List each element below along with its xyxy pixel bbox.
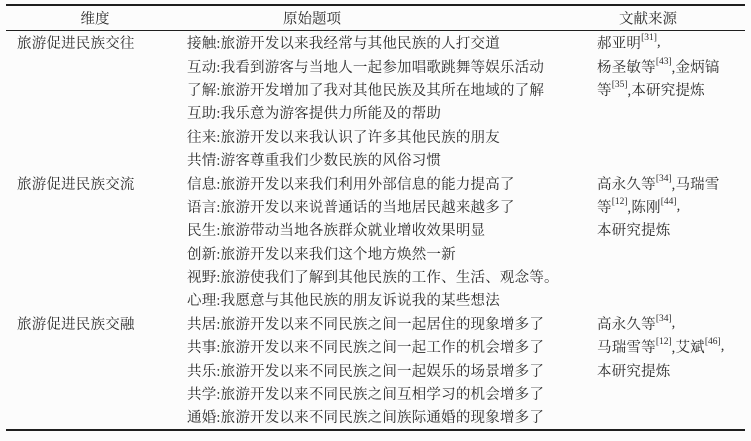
dimension-cell: 旅游促进民族交融 (0, 312, 187, 429)
citation-superscript: [35] (612, 80, 628, 90)
source-line: 高永久等[34], (597, 312, 751, 335)
source-text: 杨圣敏等 (597, 56, 656, 77)
citation-superscript: [31] (641, 33, 657, 43)
source-line: 本研究提炼 (597, 218, 751, 241)
item-line: 共情:游客尊重我们少数民族的风俗习惯 (187, 148, 597, 171)
table-section-row: 旅游促进民族交融共居:旅游开发以来不同民族之间一起居住的现象增多了共事:旅游开发… (0, 312, 751, 429)
source-line: 等[35],本研究提炼 (597, 78, 751, 101)
table-body: 旅游促进民族交往接触:旅游开发以来我经常与其他民族的人打交道互动:我看到游客与当… (0, 31, 751, 429)
source-text: , (677, 198, 681, 215)
column-header-dimension: 维度 (81, 7, 110, 28)
item-line: 心理:我愿意与其他民族的朋友诉说我的某些想法 (187, 288, 597, 311)
citation-superscript: [46] (705, 337, 721, 347)
items-cell: 信息:旅游开发以来我们利用外部信息的能力提高了语言:旅游开发以来说普通话的当地居… (187, 171, 597, 311)
item-line: 接触:旅游开发以来我经常与其他民族的人打交道 (187, 31, 597, 54)
item-line: 了解:旅游开发增加了我对其他民族及其所在地域的了解 (187, 78, 597, 101)
item-line: 语言:旅游开发以来说普通话的当地居民越来越多了 (187, 195, 597, 218)
source-text: 高永久等 (597, 313, 656, 334)
paper-table-page: 维度 原始题项 文献来源 旅游促进民族交往接触:旅游开发以来我经常与其他民族的人… (0, 0, 751, 441)
source-text: 本研究提炼 (597, 360, 671, 381)
item-line: 互助:我乐意为游客提供力所能及的帮助 (187, 101, 597, 124)
items-cell: 接触:旅游开发以来我经常与其他民族的人打交道互动:我看到游客与当地人一起参加唱歌… (187, 31, 597, 171)
table-section-row: 旅游促进民族交流信息:旅游开发以来我们利用外部信息的能力提高了语言:旅游开发以来… (0, 171, 751, 311)
item-line: 共乐:旅游开发以来不同民族之间一起娱乐的场景增多了 (187, 358, 597, 381)
item-line: 共学:旅游开发以来不同民族之间互相学习的机会增多了 (187, 382, 597, 405)
source-line: 郝亚明[31], (597, 31, 751, 54)
item-line: 视野:旅游使我们了解到其他民族的工作、生活、观念等。 (187, 265, 597, 288)
source-cell: 高永久等[34],马瑞雪等[12],陈刚[44],本研究提炼 (597, 171, 751, 311)
item-line: 往来:旅游开发以来我认识了许多其他民族的朋友 (187, 125, 597, 148)
dimension-label: 旅游促进民族交往 (17, 31, 187, 54)
source-text: ,艾斌 (672, 336, 705, 357)
item-line: 信息:旅游开发以来我们利用外部信息的能力提高了 (187, 171, 597, 194)
source-text: ,金炳镐 (672, 56, 720, 77)
item-line: 互动:我看到游客与当地人一起参加唱歌跳舞等娱乐活动 (187, 54, 597, 77)
citation-superscript: [44] (661, 197, 677, 207)
items-cell: 共居:旅游开发以来不同民族之间一起居住的现象增多了共事:旅游开发以来不同民族之间… (187, 312, 597, 429)
citation-superscript: [34] (656, 174, 672, 184)
dimension-label: 旅游促进民族交融 (17, 312, 187, 335)
source-text: , (721, 338, 725, 355)
source-cell: 高永久等[34],马瑞雪等[12],艾斌[46],本研究提炼 (597, 312, 751, 429)
source-text: 本研究提炼 (597, 219, 671, 240)
source-line: 高永久等[34],马瑞雪 (597, 171, 751, 194)
column-header-original-items: 原始题项 (283, 7, 341, 28)
source-text: 马瑞雪等 (597, 336, 656, 357)
item-line: 共事:旅游开发以来不同民族之间一起工作的机会增多了 (187, 335, 597, 358)
source-line: 等[12],陈刚[44], (597, 195, 751, 218)
item-line: 创新:旅游开发以来我们这个地方焕然一新 (187, 242, 597, 265)
dimension-cell: 旅游促进民族交流 (0, 171, 187, 311)
source-text: , (657, 34, 661, 51)
citation-superscript: [12] (612, 197, 628, 207)
column-header-literature-source: 文献来源 (619, 7, 677, 28)
source-line: 杨圣敏等[43],金炳镐 (597, 54, 751, 77)
source-cell: 郝亚明[31],杨圣敏等[43],金炳镐等[35],本研究提炼 (597, 31, 751, 171)
table-section-row: 旅游促进民族交往接触:旅游开发以来我经常与其他民族的人打交道互动:我看到游客与当… (0, 31, 751, 171)
dimension-label: 旅游促进民族交流 (17, 171, 187, 194)
source-text: 等 (597, 79, 612, 100)
citation-superscript: [34] (656, 314, 672, 324)
source-line: 马瑞雪等[12],艾斌[46], (597, 335, 751, 358)
item-line: 通婚:旅游开发以来不同民族之间族际通婚的现象增多了 (187, 405, 597, 428)
source-text: 高永久等 (597, 173, 656, 194)
item-line: 共居:旅游开发以来不同民族之间一起居住的现象增多了 (187, 312, 597, 335)
source-text: 郝亚明 (597, 32, 641, 53)
source-line: 本研究提炼 (597, 358, 751, 381)
dimension-cell: 旅游促进民族交往 (0, 31, 187, 171)
source-text: , (672, 315, 676, 332)
source-text: 等 (597, 196, 612, 217)
source-text: ,本研究提炼 (628, 79, 705, 100)
table-bottom-rule (6, 429, 745, 431)
item-line: 民生:旅游带动当地各族群众就业增收效果明显 (187, 218, 597, 241)
source-text: ,陈刚 (628, 196, 661, 217)
citation-superscript: [12] (656, 337, 672, 347)
table-header-row: 维度 原始题项 文献来源 (0, 5, 751, 30)
source-text: ,马瑞雪 (672, 173, 720, 194)
citation-superscript: [43] (656, 57, 672, 67)
